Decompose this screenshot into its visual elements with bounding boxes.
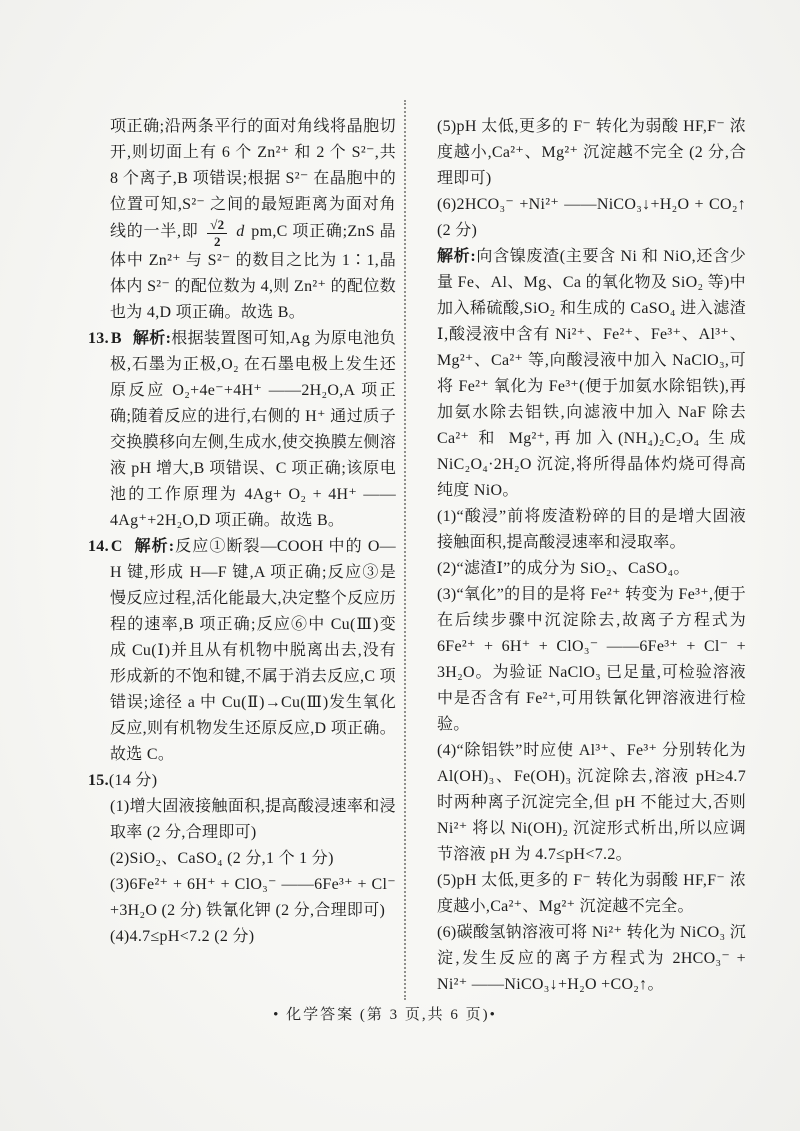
answer-item-15-heading: 15.(14 分) — [88, 768, 396, 794]
column-divider-dotted-line — [404, 100, 406, 1000]
answer-12-continuation-paragraph: 项正确;沿两条平行的面对角线将晶胞切开,则切面上有 6 个 Zn²⁺ 和 2 个… — [88, 114, 396, 326]
item-14-analysis-label: 解析: — [134, 538, 175, 555]
item-13-number: 13. — [88, 330, 109, 347]
item-15-sub-answer-5: (5)pH 太低,更多的 F⁻ 转化为弱酸 HF,F⁻ 浓度越小,Ca²⁺、Mg… — [437, 114, 746, 192]
item-13-analysis-label: 解析: — [133, 330, 171, 347]
item-13-answer-letter: B — [111, 330, 122, 347]
analysis-point-5: (5)pH 太低,更多的 F⁻ 转化为弱酸 HF,F⁻ 浓度越小,Ca²⁺、Mg… — [437, 868, 746, 920]
item-15-sub-answer-4: (4)4.7≤pH<7.2 (2 分) — [88, 924, 396, 950]
answer-sheet-page: 项正确;沿两条平行的面对角线将晶胞切开,则切面上有 6 个 Zn²⁺ 和 2 个… — [0, 0, 800, 1131]
item-15-sub-answer-6: (6)2HCO₃⁻ +Ni²⁺ ——NiCO₃↓+H₂O + CO₂↑ (2 分… — [437, 192, 746, 244]
analysis-point-1: (1)“酸浸”前将废渣粉碎的目的是增大固液接触面积,提高酸浸速率和浸取率。 — [437, 504, 746, 556]
analysis-point-6: (6)碳酸氢钠溶液可将 Ni²⁺ 转化为 NiCO₃ 沉淀,发生反应的离子方程式… — [437, 920, 746, 998]
item-15-analysis-label: 解析: — [437, 248, 476, 265]
fraction-variable: d — [236, 223, 244, 240]
item-15-sub-answer-2: (2)SiO₂、CaSO₄ (2 分,1 个 1 分) — [88, 846, 396, 872]
item-15-number: 15. — [88, 772, 109, 789]
analysis-point-2: (2)“滤渣Ⅰ”的成分为 SiO₂、CaSO₄。 — [437, 556, 746, 582]
fraction-sqrt2-over-2: √2 2 — [207, 218, 227, 248]
page-footer: • 化学答案 (第 3 页,共 6 页)• — [0, 1003, 770, 1024]
item-15-analysis-text: 向含镍废渣(主要含 Ni 和 NiO,还含少量 Fe、Al、Mg、Ca 的氧化物… — [437, 248, 746, 499]
fraction-denominator: 2 — [207, 234, 227, 249]
fraction-numerator: √2 — [207, 218, 227, 234]
item-15-score: (14 分) — [109, 772, 157, 789]
item-14-analysis-text: 反应①断裂—COOH 中的 O—H 键,形成 H—F 键,A 项正确;反应③是慢… — [110, 538, 396, 763]
item-14-number: 14. — [88, 538, 109, 555]
item-15-analysis-paragraph: 解析:向含镍废渣(主要含 Ni 和 NiO,还含少量 Fe、Al、Mg、Ca 的… — [437, 244, 746, 504]
right-column: (5)pH 太低,更多的 F⁻ 转化为弱酸 HF,F⁻ 浓度越小,Ca²⁺、Mg… — [437, 114, 746, 998]
item-15-sub-answer-1: (1)增大固液接触面积,提高酸浸速率和浸取率 (2 分,合理即可) — [88, 794, 396, 846]
item-14-answer-letter: C — [111, 538, 123, 555]
continuation-text-before-fraction: 项正确;沿两条平行的面对角线将晶胞切开,则切面上有 6 个 Zn²⁺ 和 2 个… — [110, 118, 396, 240]
answer-item-14: 14.C解析:反应①断裂—COOH 中的 O—H 键,形成 H—F 键,A 项正… — [88, 534, 396, 768]
left-column: 项正确;沿两条平行的面对角线将晶胞切开,则切面上有 6 个 Zn²⁺ 和 2 个… — [88, 114, 396, 950]
analysis-point-4: (4)“除铝铁”时应使 Al³⁺、Fe³⁺ 分别转化为 Al(OH)₃、Fe(O… — [437, 738, 746, 868]
item-13-analysis-text: 根据装置图可知,Ag 为原电池负极,石墨为正极,O₂ 在石墨电极上发生还原反应 … — [110, 330, 396, 529]
analysis-point-3: (3)“氧化”的目的是将 Fe²⁺ 转变为 Fe³⁺,便于在后续步骤中沉淀除去,… — [437, 582, 746, 738]
item-15-sub-answer-3: (3)6Fe²⁺ + 6H⁺ + ClO₃⁻ ——6Fe³⁺ + Cl⁻ +3H… — [88, 872, 396, 924]
answer-item-13: 13.B解析:根据装置图可知,Ag 为原电池负极,石墨为正极,O₂ 在石墨电极上… — [88, 326, 396, 534]
